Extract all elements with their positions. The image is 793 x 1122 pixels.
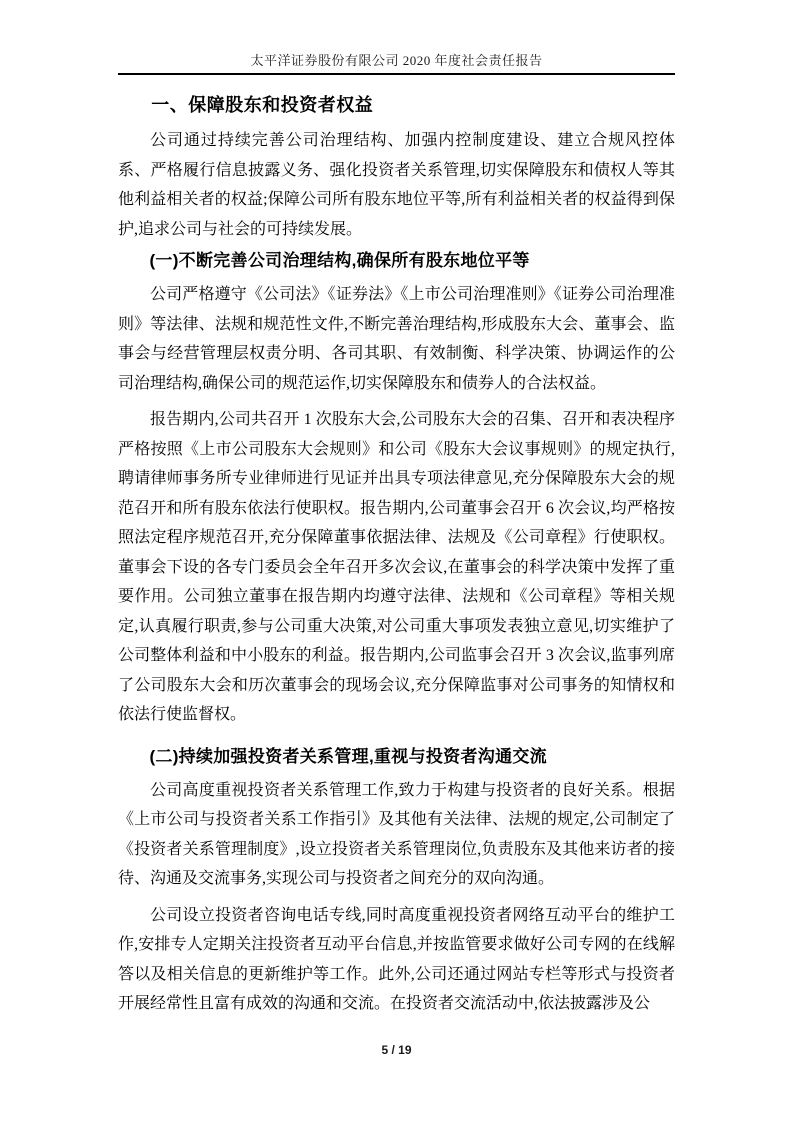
- document-content: 一、保障股东和投资者权益 公司通过持续完善公司治理结构、加强内控制度建设、建立合…: [118, 94, 675, 1019]
- page-header: 太平洋证券股份有限公司 2020 年度社会责任报告: [0, 0, 793, 75]
- document-page: 太平洋证券股份有限公司 2020 年度社会责任报告 一、保障股东和投资者权益 公…: [0, 0, 793, 1122]
- subsection-2-paragraph-1: 公司高度重视投资者关系管理工作,致力于构建与投资者的良好关系。根据《上市公司与投…: [118, 776, 675, 894]
- header-divider-line: [118, 73, 675, 75]
- subsection-2-heading: (二)持续加强投资者关系管理,重视与投资者沟通交流: [118, 744, 675, 769]
- section-1-heading: 一、保障股东和投资者权益: [118, 94, 675, 117]
- subsection-1-heading: (一)不断完善公司治理结构,确保所有股东地位平等: [118, 248, 675, 273]
- page-number: 5 / 19: [381, 1043, 411, 1057]
- intro-paragraph: 公司通过持续完善公司治理结构、加强内控制度建设、建立合规风控体系、严格履行信息披…: [118, 126, 675, 244]
- report-header-title: 太平洋证券股份有限公司 2020 年度社会责任报告: [0, 53, 793, 69]
- subsection-2-paragraph-2: 公司设立投资者咨询电话专线,同时高度重视投资者网络互动平台的维护工作,安排专人定…: [118, 901, 675, 1019]
- subsection-1-paragraph-1: 公司严格遵守《公司法》《证券法》《上市公司治理准则》《证券公司治理准则》等法律、…: [118, 280, 675, 398]
- subsection-1-paragraph-2: 报告期内,公司共召开 1 次股东大会,公司股东大会的召集、召开和表决程序严格按照…: [118, 405, 675, 730]
- page-footer: 5 / 19: [0, 1041, 793, 1059]
